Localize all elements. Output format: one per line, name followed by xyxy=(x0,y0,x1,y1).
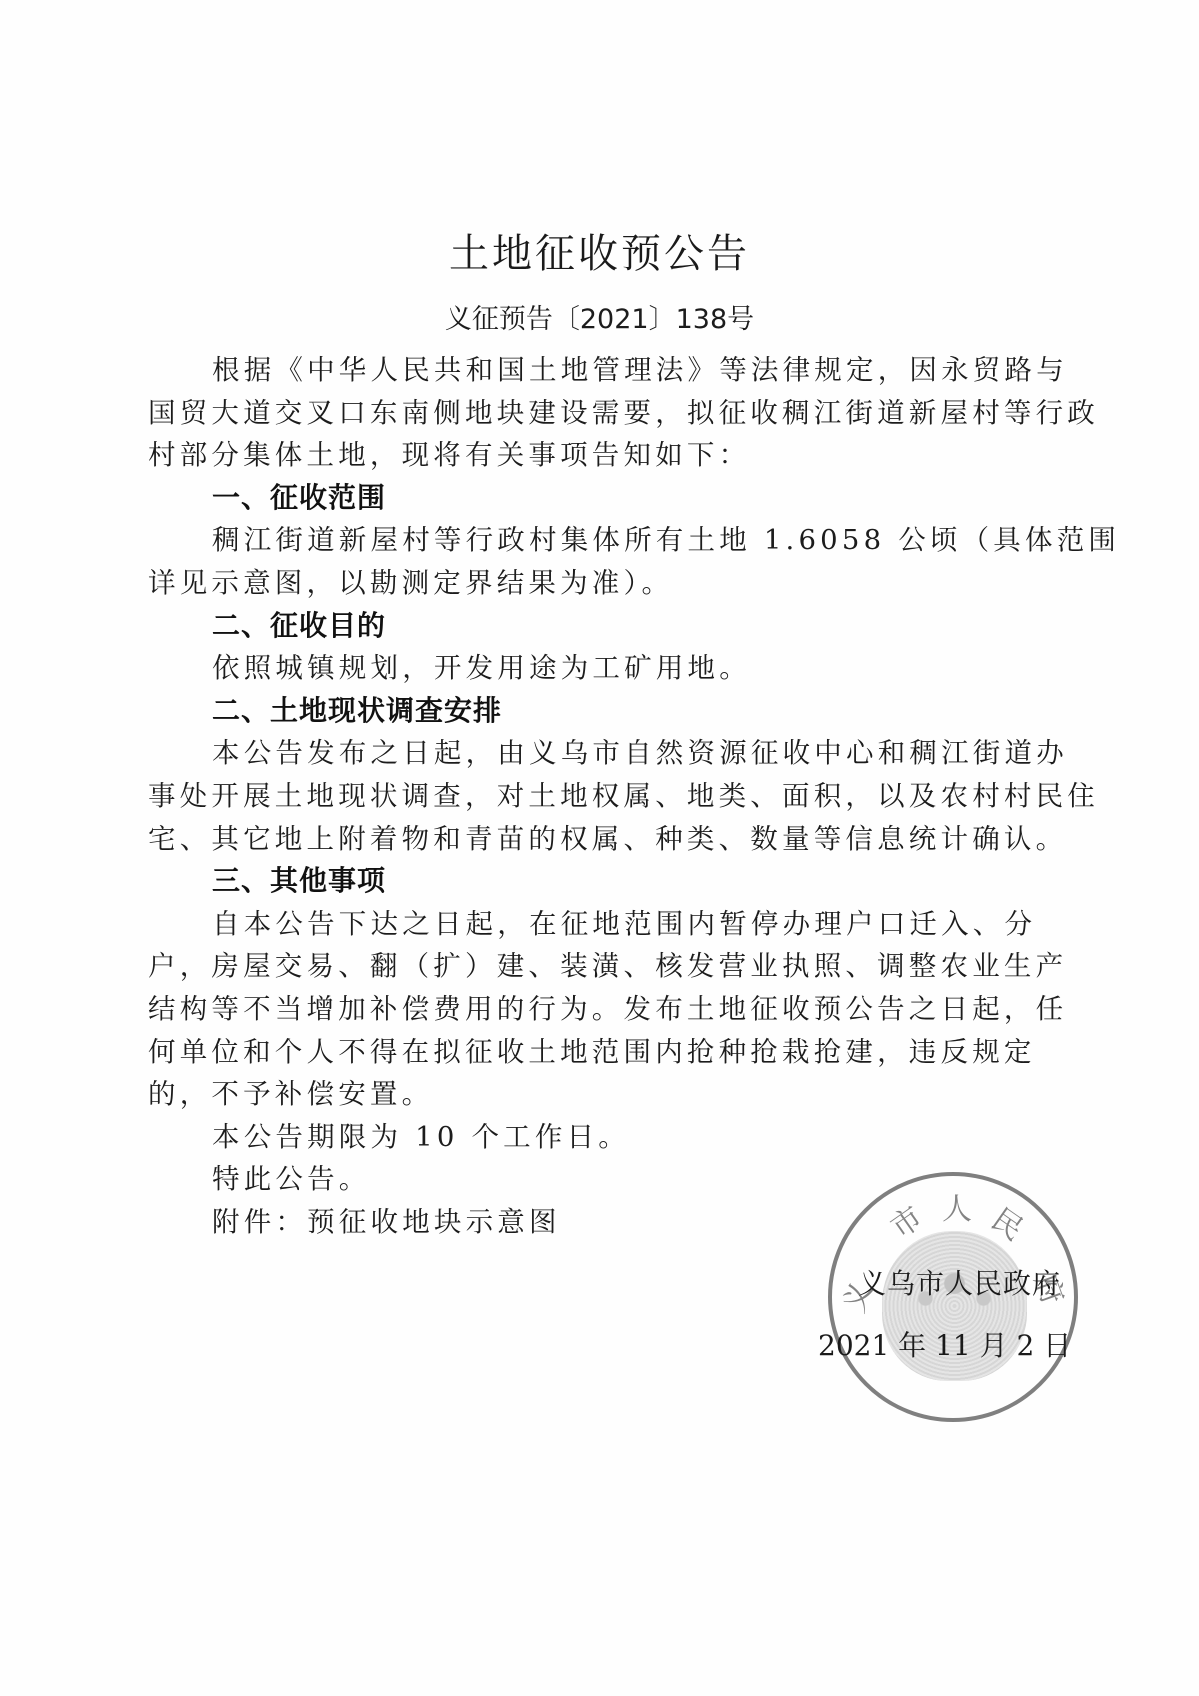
section-line: 结构等不当增加补偿费用的行为。发布土地征收预公告之日起，任 xyxy=(148,988,1078,1031)
section-line: 事处开展土地现状调查，对土地权属、地类、面积，以及农村村民住 xyxy=(148,775,1078,818)
section-line: 详见示意图，以勘测定界结果为准）。 xyxy=(148,562,1078,605)
document-number: 义征预告〔2021〕138号 xyxy=(0,302,1199,338)
document-page: 土地征收预公告 义征预告〔2021〕138号 根据《中华人民共和国土地管理法》等… xyxy=(0,0,1199,1696)
document-body: 根据《中华人民共和国土地管理法》等法律规定，因永贸路与 国贸大道交叉口东南侧地块… xyxy=(148,349,1078,1243)
section-heading-purpose: 二、征收目的 xyxy=(148,605,1078,648)
section-line: 宅、其它地上附着物和青苗的权属、种类、数量等信息统计确认。 xyxy=(148,818,1078,861)
notice-period: 本公告期限为 10 个工作日。 xyxy=(148,1116,1078,1159)
section-heading-other: 三、其他事项 xyxy=(148,860,1078,903)
section-line: 本公告发布之日起，由义乌市自然资源征收中心和稠江街道办 xyxy=(148,732,1078,775)
section-heading-scope: 一、征收范围 xyxy=(148,477,1078,520)
issue-date: 2021 年 11 月 2 日 xyxy=(818,1324,1071,1364)
seal-arc-char: 人 xyxy=(942,1184,972,1228)
section-line: 自本公告下达之日起，在征地范围内暂停办理户口迁入、分 xyxy=(148,903,1078,946)
section-heading-survey: 二、土地现状调查安排 xyxy=(148,690,1078,733)
document-title: 土地征收预公告 xyxy=(0,230,1199,278)
intro-line: 村部分集体土地，现将有关事项告知如下： xyxy=(148,434,1078,477)
section-line: 稠江街道新屋村等行政村集体所有土地 1.6058 公顷（具体范围 xyxy=(148,519,1078,562)
section-line: 户，房屋交易、翻（扩）建、装潢、核发营业执照、调整农业生产 xyxy=(148,945,1078,988)
intro-line: 国贸大道交叉口东南侧地块建设需要，拟征收稠江街道新屋村等行政 xyxy=(148,392,1078,435)
section-line: 何单位和个人不得在拟征收土地范围内抢种抢栽抢建，违反规定 xyxy=(148,1031,1078,1074)
section-line: 依照城镇规划，开发用途为工矿用地。 xyxy=(148,647,1078,690)
intro-line: 根据《中华人民共和国土地管理法》等法律规定，因永贸路与 xyxy=(148,349,1078,392)
section-line: 的，不予补偿安置。 xyxy=(148,1073,1078,1116)
issuer-signature: 义乌市人民政府 xyxy=(858,1262,1061,1302)
